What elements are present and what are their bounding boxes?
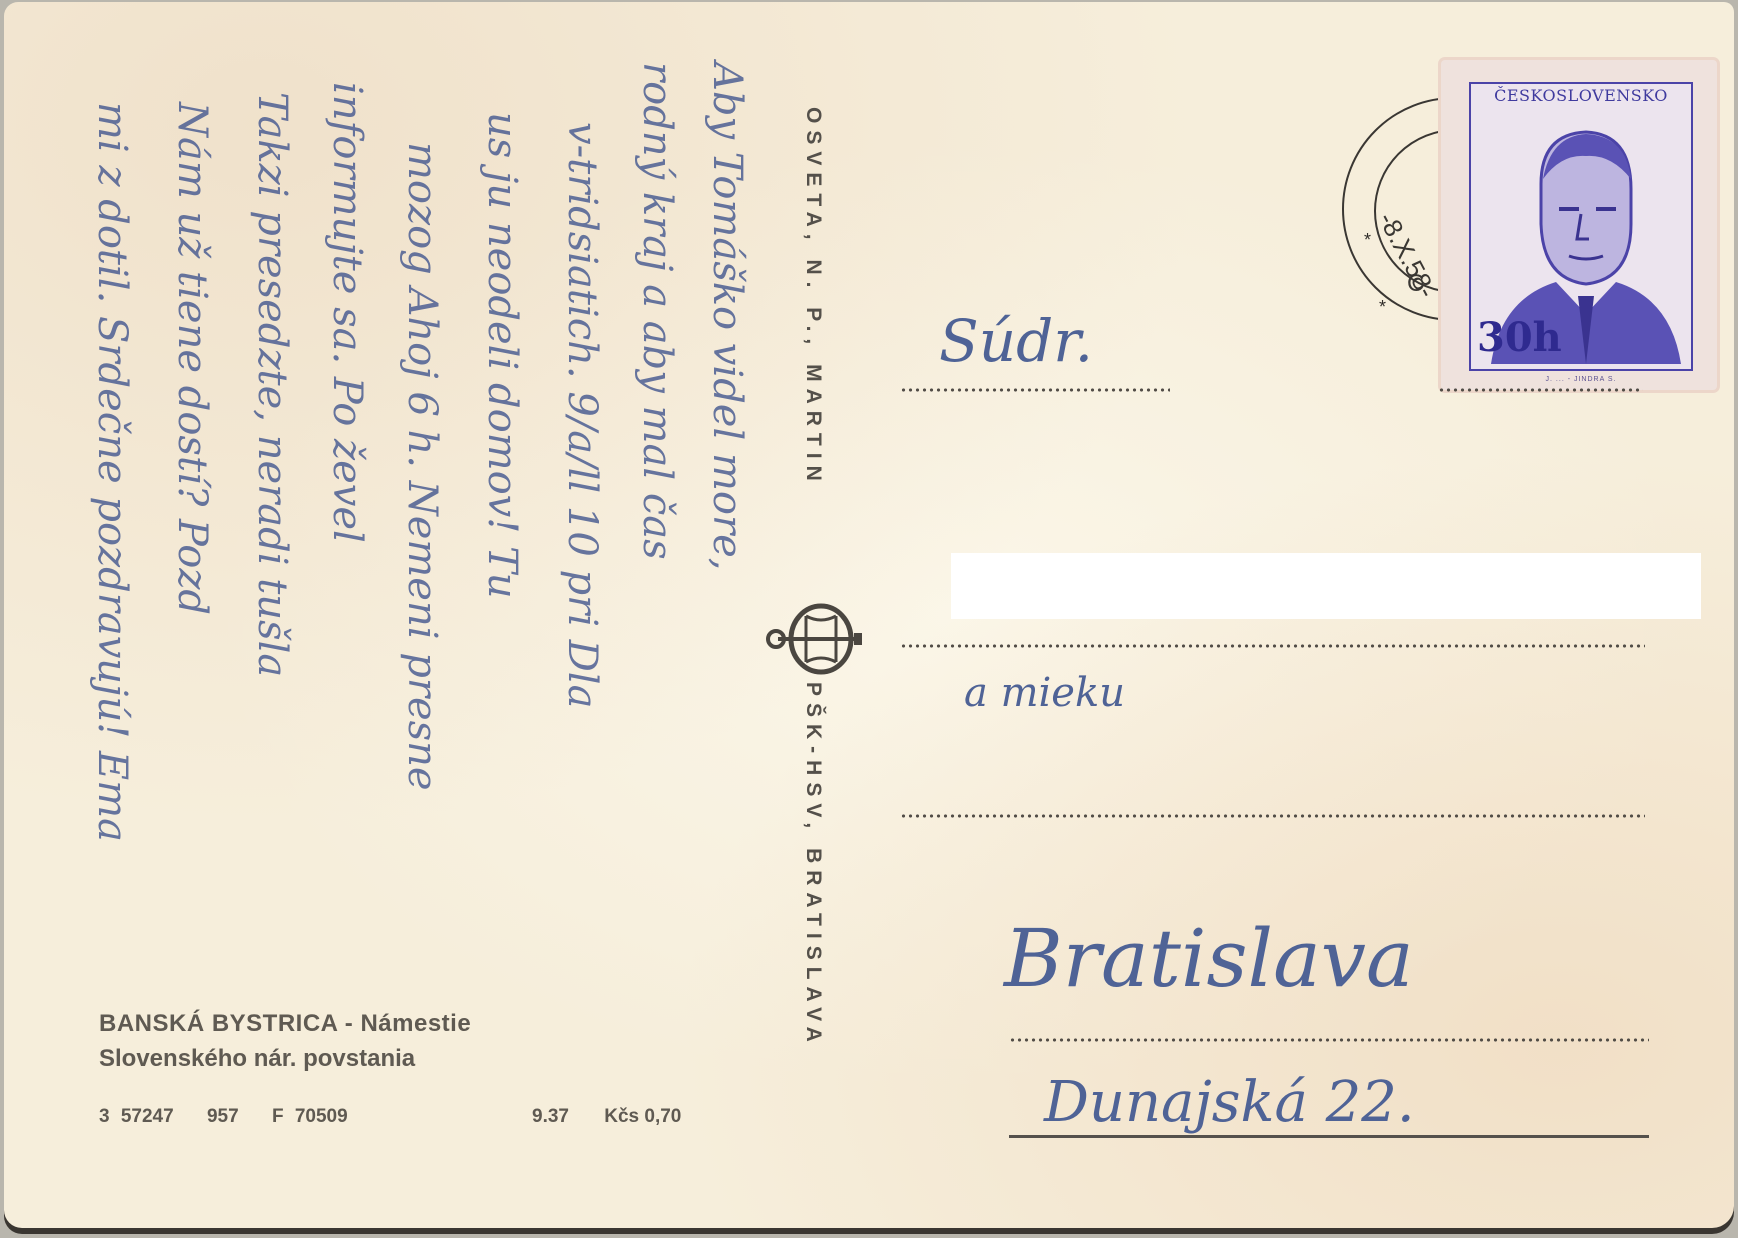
print-code: 9.37 <box>532 1106 569 1127</box>
postmark-star-icon: * <box>1364 230 1371 251</box>
caption-place: Námestie <box>360 1010 471 1037</box>
publisher-line-bottom: PŠK-HSV, BRATISLAVA <box>801 682 825 1049</box>
postcard: Aby Tomáško videl more,rodný kraj a aby … <box>4 2 1734 1228</box>
handwritten-column: Takzi presedzte, neradi tušla <box>249 92 295 677</box>
address-city: Bratislava <box>1004 912 1414 1005</box>
handwritten-column: us ju neodeli domov! Tu <box>479 112 525 599</box>
stamp-value: 30h <box>1477 314 1562 361</box>
stamp-frame: ČESKOSLOVENSKO 30h J. ... - JINDRA S. <box>1469 82 1693 371</box>
handwritten-column: Nám už tiene dostí? Pozd <box>169 102 215 615</box>
price: Kčs 0,70 <box>604 1106 681 1127</box>
caption-separator: - <box>345 1010 354 1037</box>
address-dotted-line <box>900 388 1170 392</box>
handwritten-column: Aby Tomáško videl more, <box>704 62 750 571</box>
handwritten-column: v-tridsiatich. 9/a/ll 10 pri Dla <box>559 122 605 708</box>
address-underline <box>1009 1135 1649 1138</box>
handwritten-column: mozog Ahoj 6 h. Nemeni presne <box>399 142 445 791</box>
postmark-star-icon: * <box>1379 297 1386 318</box>
caption-city: BANSKÁ BYSTRICA <box>99 1010 338 1037</box>
address-street: Dunajská 22. <box>1044 1070 1415 1135</box>
handwritten-column: mi z dotil. Srdečne pozdravujú! Ema <box>89 102 135 842</box>
redacted-name <box>951 553 1701 619</box>
address-dotted-line <box>900 644 1645 648</box>
address-dotted-line <box>900 814 1645 818</box>
stamp-credit: J. ... - JINDRA S. <box>1471 376 1691 383</box>
postage-stamp: ČESKOSLOVENSKO 30h J. ... - JINDRA S. <box>1441 60 1717 390</box>
caption-subtitle: Slovenského nár. povstania <box>99 1045 415 1073</box>
postmark-letter: C <box>1407 270 1424 298</box>
address-line-1: Súdr. <box>939 307 1093 375</box>
address-dotted-line <box>1438 388 1643 392</box>
catalog-number: 3 57247 <box>99 1106 174 1127</box>
caption-title: BANSKÁ BYSTRICA - Námestie <box>99 1010 471 1038</box>
address-line-2-fragment: a mieku <box>964 670 1125 716</box>
catalog-year: 957 <box>207 1106 239 1127</box>
address-dotted-line <box>1009 1038 1649 1042</box>
handwritten-column: rodný kraj a aby mal čas <box>634 62 680 560</box>
price-line: 9.37 Kčs 0,70 <box>532 1106 681 1128</box>
stamp-country: ČESKOSLOVENSKO <box>1471 86 1691 105</box>
catalog-numbers: 3 57247 957 F 70509 <box>99 1106 370 1128</box>
handwritten-column: informujte sa. Po ževel <box>324 82 370 543</box>
book-key-emblem-icon <box>766 594 866 684</box>
catalog-code: F 70509 <box>272 1106 348 1127</box>
publisher-line-top: OSVETA, N. P., MARTIN <box>801 107 825 488</box>
